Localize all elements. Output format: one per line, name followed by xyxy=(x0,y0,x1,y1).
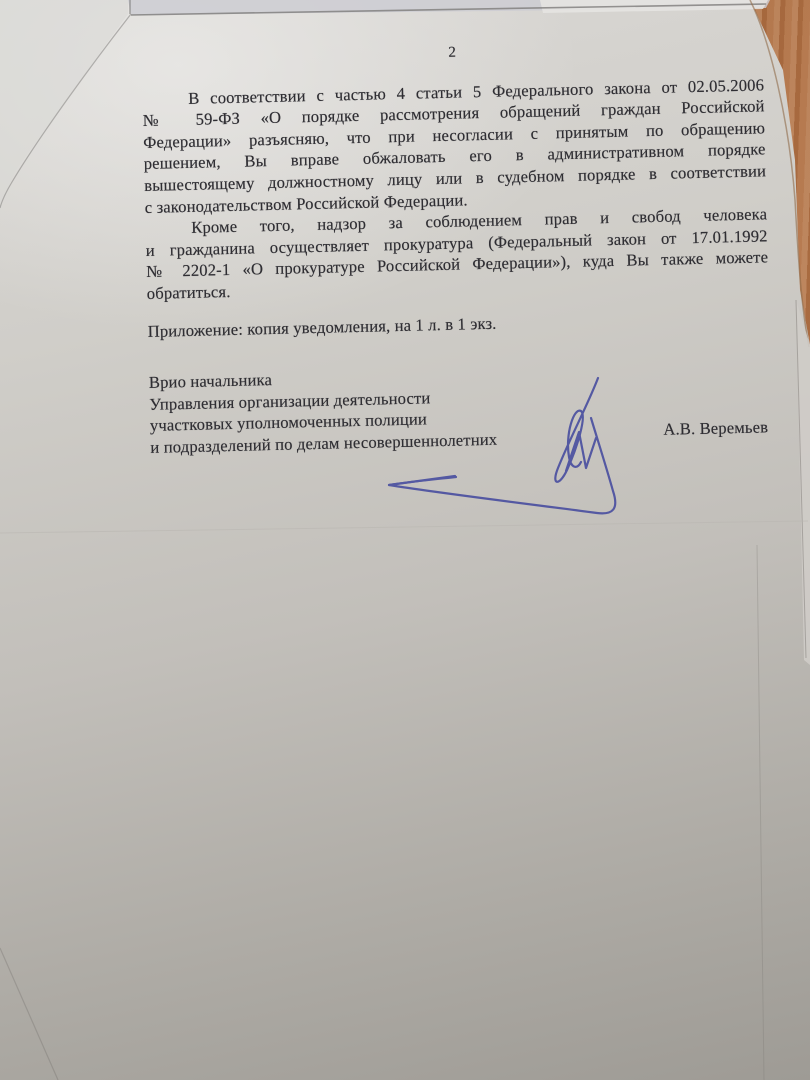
attachment-line: Приложение: копия уведомления, на 1 л. в… xyxy=(147,306,769,342)
paragraph-1: В соответствии с частью 4 статьи 5 Федер… xyxy=(142,74,767,218)
page-content: 2 В соответствии с частью 4 статьи 5 Фед… xyxy=(141,35,772,458)
paragraph-2: Кроме того, надзор за соблюдением прав и… xyxy=(145,203,769,304)
signature-block: Врио начальника Управления организации д… xyxy=(149,357,773,458)
signatory-title: Врио начальника Управления организации д… xyxy=(149,362,591,459)
signatory-name: А.В. Веремьев xyxy=(663,416,768,440)
photo-of-document: 2 В соответствии с частью 4 статьи 5 Фед… xyxy=(0,0,810,1080)
